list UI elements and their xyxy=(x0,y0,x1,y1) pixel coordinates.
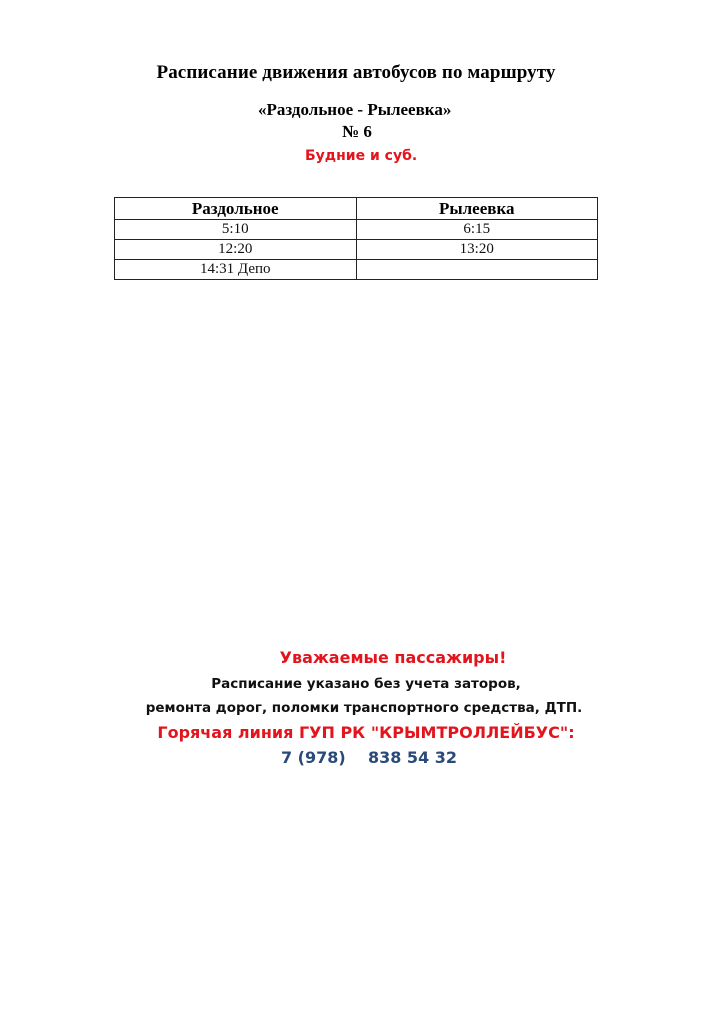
departure-time xyxy=(356,260,598,280)
table-row: 5:10 6:15 xyxy=(115,220,598,240)
departure-time: 12:20 xyxy=(115,240,357,260)
departure-time: 5:10 xyxy=(115,220,357,240)
schedule-table: Раздольное Рылеевка 5:10 6:15 12:20 13:2… xyxy=(114,197,598,280)
departure-time: 6:15 xyxy=(356,220,598,240)
departure-time: 13:20 xyxy=(356,240,598,260)
table-row: 12:20 13:20 xyxy=(115,240,598,260)
service-days: Будние и суб. xyxy=(305,148,417,164)
hotline-label: Горячая линия ГУП РК "КРЫМТРОЛЛЕЙБУС": xyxy=(0,723,724,742)
column-header-razdolnoe: Раздольное xyxy=(115,198,357,220)
column-header-ryleevka: Рылеевка xyxy=(356,198,598,220)
notice-disclaimer-line-1: Расписание указано без учета заторов, xyxy=(0,676,724,692)
notice-greeting: Уважаемые пассажиры! xyxy=(0,648,724,667)
table-header-row: Раздольное Рылеевка xyxy=(115,198,598,220)
route-number: № 6 xyxy=(342,122,372,142)
table-row: 14:31 Депо xyxy=(115,260,598,280)
notice-disclaimer-line-2: ремонта дорог, поломки транспортного сре… xyxy=(0,700,724,716)
page-title: Расписание движения автобусов по маршрут… xyxy=(0,62,724,84)
departure-time: 14:31 Депо xyxy=(115,260,357,280)
hotline-phone: 7 (978) 838 54 32 xyxy=(0,748,724,767)
route-name: «Раздольное - Рылеевка» xyxy=(258,100,451,120)
page-title-text: Расписание движения автобусов по маршрут… xyxy=(156,62,555,84)
